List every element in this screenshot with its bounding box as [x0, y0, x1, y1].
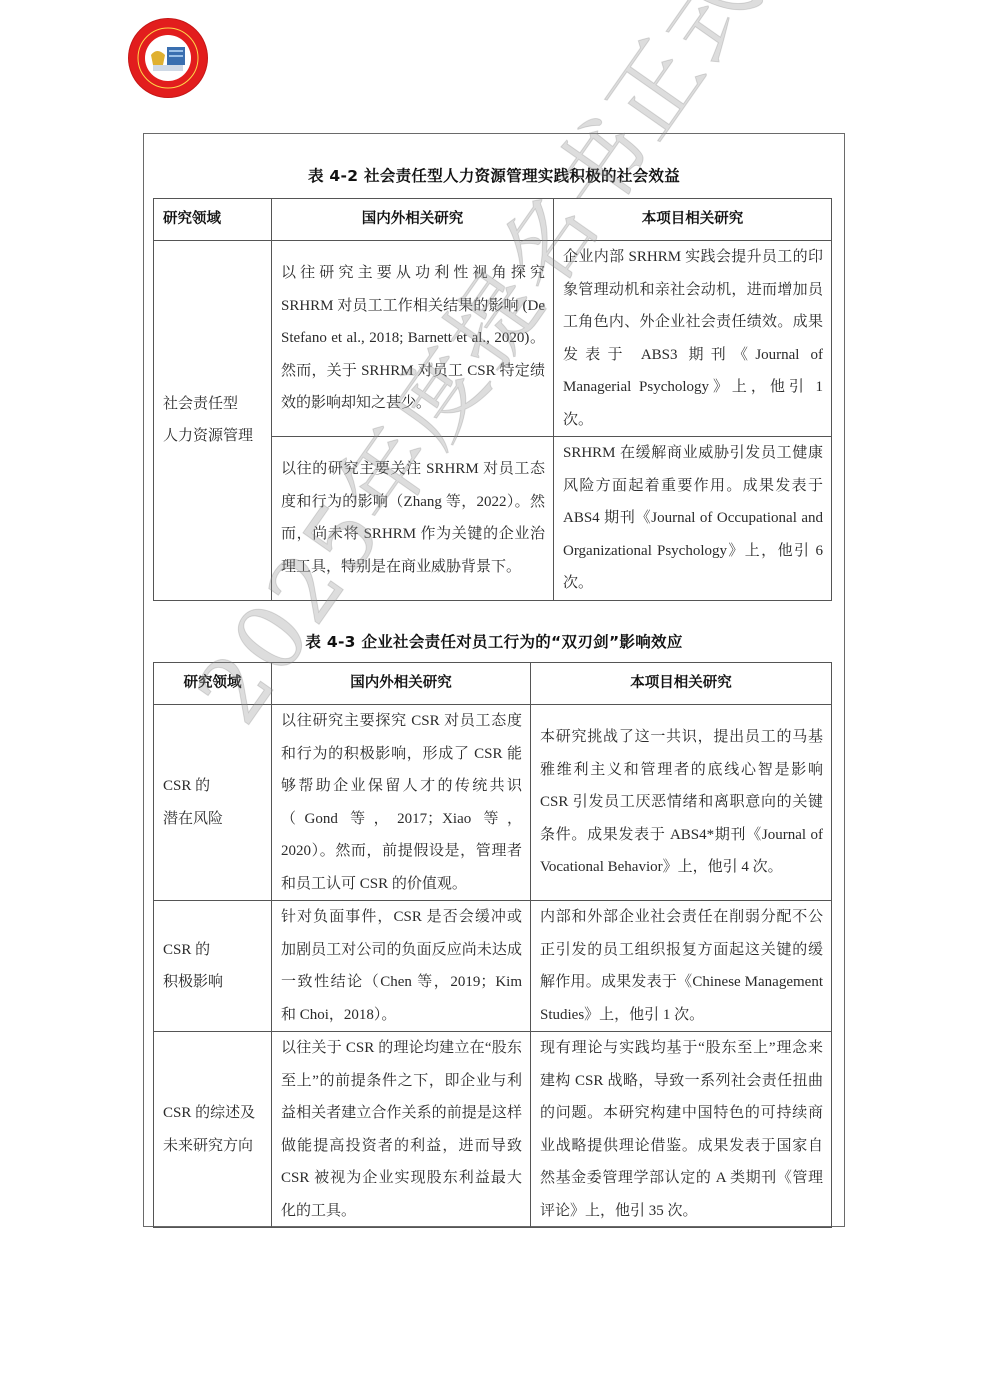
field-line-2: 积极影响: [163, 966, 271, 999]
header-project-research: 本项目相关研究: [554, 199, 832, 241]
field-line-1: CSR 的: [163, 934, 271, 967]
seal-emblem-icon: [129, 19, 207, 97]
header-research-field: 研究领域: [154, 663, 272, 705]
table-row: 社会责任型 人力资源管理 以往研究主要从功利性视角探究 SRHRM 对员工工作相…: [154, 241, 832, 437]
field-line-1: CSR 的: [163, 770, 271, 803]
domestic-research-cell: 以往研究主要探究 CSR 对员工态度和行为的积极影响，形成了 CSR 能够帮助企…: [272, 705, 531, 901]
header-project-research: 本项目相关研究: [531, 663, 832, 705]
field-line-2: 未来研究方向: [163, 1130, 271, 1163]
field-line-1: 社会责任型: [163, 388, 271, 421]
domestic-research-cell: 以往关于 CSR 的理论均建立在“股东至上”的前提条件之下，即企业与利益相关者建…: [272, 1032, 531, 1228]
research-field-cell: CSR 的 积极影响: [154, 901, 272, 1032]
project-research-cell: 本研究挑战了这一共识，提出员工的马基雅维利主义和管理者的底线心智是影响 CSR …: [531, 705, 832, 901]
research-field-cell: 社会责任型 人力资源管理: [154, 241, 272, 601]
table-4-2-caption: 表 4-2 社会责任型人力资源管理实践积极的社会效益: [144, 164, 844, 186]
table-row: CSR 的综述及 未来研究方向 以往关于 CSR 的理论均建立在“股东至上”的前…: [154, 1032, 832, 1228]
header-research-field: 研究领域: [154, 199, 272, 241]
research-field-cell: CSR 的综述及 未来研究方向: [154, 1032, 272, 1228]
table-4-2: 研究领域 国内外相关研究 本项目相关研究 社会责任型 人力资源管理 以往研究主要…: [153, 198, 832, 601]
header-domestic-foreign-research: 国内外相关研究: [272, 663, 531, 705]
domestic-research-cell: 针对负面事件，CSR 是否会缓冲或加剧员工对公司的负面反应尚未达成一致性结论（C…: [272, 901, 531, 1032]
table-row: CSR 的 潜在风险 以往研究主要探究 CSR 对员工态度和行为的积极影响，形成…: [154, 705, 832, 901]
domestic-research-cell: 以往的研究主要关注 SRHRM 对员工态度和行为的影响（Zhang 等，2022…: [272, 437, 554, 601]
field-line-2: 人力资源管理: [163, 420, 271, 453]
project-research-cell: 企业内部 SRHRM 实践会提升员工的印象管理动机和亲社会动机，进而增加员工角色…: [554, 241, 832, 437]
project-research-cell: 内部和外部企业社会责任在削弱分配不公正引发的员工组织报复方面起这关键的缓解作用。…: [531, 901, 832, 1032]
project-research-cell: 现有理论与实践均基于“股东至上”理念来建构 CSR 战略，导致一系列社会责任扭曲…: [531, 1032, 832, 1228]
table-4-3-caption: 表 4-3 企业社会责任对员工行为的“双刃剑”影响效应: [144, 630, 844, 652]
document-frame: 表 4-2 社会责任型人力资源管理实践积极的社会效益 研究领域 国内外相关研究 …: [143, 133, 845, 1227]
domestic-research-cell: 以往研究主要从功利性视角探究 SRHRM 对员工工作相关结果的影响 (De St…: [272, 241, 554, 437]
research-field-cell: CSR 的 潜在风险: [154, 705, 272, 901]
official-seal-logo: [129, 19, 207, 97]
table-header-row: 研究领域 国内外相关研究 本项目相关研究: [154, 663, 832, 705]
header-domestic-foreign-research: 国内外相关研究: [272, 199, 554, 241]
table-row: CSR 的 积极影响 针对负面事件，CSR 是否会缓冲或加剧员工对公司的负面反应…: [154, 901, 832, 1032]
table-header-row: 研究领域 国内外相关研究 本项目相关研究: [154, 199, 832, 241]
field-line-2: 潜在风险: [163, 803, 271, 836]
field-line-1: CSR 的综述及: [163, 1097, 271, 1130]
table-4-3: 研究领域 国内外相关研究 本项目相关研究 CSR 的 潜在风险 以往研究主要探究…: [153, 662, 832, 1228]
project-research-cell: SRHRM 在缓解商业威胁引发员工健康风险方面起着重要作用。成果发表于 ABS4…: [554, 437, 832, 601]
